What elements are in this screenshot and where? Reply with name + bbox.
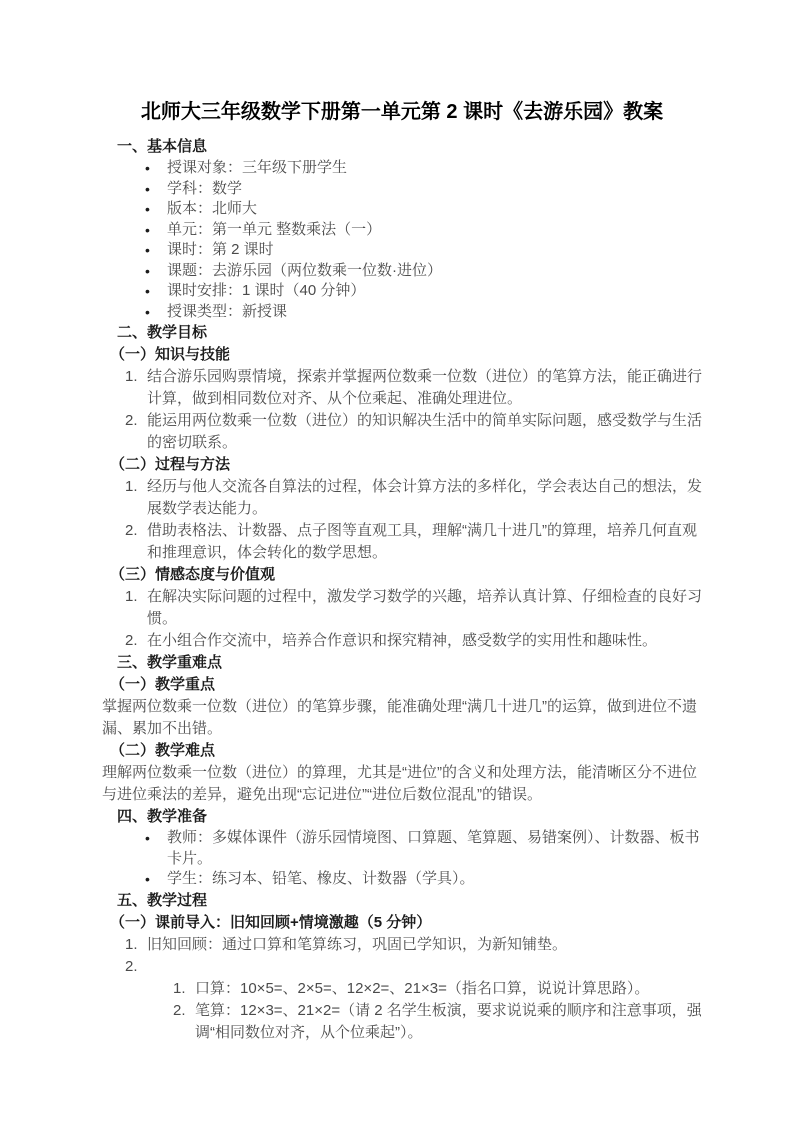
bullet-icon: •: [145, 281, 150, 302]
bullet-item: •课题：去游乐园（两位数乘一位数·进位）: [102, 261, 702, 282]
bullet-item: •学生：练习本、铅笔、橡皮、计数器（学具）。: [102, 869, 702, 890]
bullet-item: •授课对象：三年级下册学生: [102, 158, 702, 179]
numbered-item: 1.经历与他人交流各自算法的过程，体会计算方法的多样化，学会表达自己的想法，发展…: [102, 476, 702, 520]
bullet-item: •课时安排：1 课时（40 分钟）: [102, 281, 702, 302]
bullet-item: •授课类型：新授课: [102, 302, 702, 323]
numbered-item: 2.在小组合作交流中，培养合作意识和探究精神，感受数学的实用性和趣味性。: [102, 630, 702, 652]
sub-heading: （三）情感态度与价值观: [110, 564, 702, 586]
numbered-item: 2.1.口算：10×5=、2×5=、12×2=、21×3=（指名口算，说说计算思…: [102, 956, 702, 1044]
list-item-text: 旧知回顾：通过口算和笔算练习，巩固已学知识，为新知铺垫。: [147, 934, 702, 956]
bullet-icon: •: [145, 199, 150, 220]
bullet-item: •学科：数学: [102, 179, 702, 200]
section-heading: 四、教学准备: [117, 806, 702, 828]
bullet-item: •课时：第 2 课时: [102, 240, 702, 261]
item-number-label: 2.: [125, 630, 138, 652]
section-heading: 二、教学目标: [117, 322, 702, 344]
list: 1.旧知回顾：通过口算和笔算练习，巩固已学知识，为新知铺垫。2.1.口算：10×…: [102, 934, 702, 1044]
list-item-text: 学生：练习本、铅笔、橡皮、计数器（学具）。: [167, 869, 702, 890]
list-item-text: 笔算：12×3=、21×2=（请 2 名学生板演，要求说说乘的顺序和注意事项，强…: [195, 1000, 702, 1044]
list-item-text: 在小组合作交流中，培养合作意识和探究精神，感受数学的实用性和趣味性。: [147, 630, 702, 652]
section-heading: 五、教学过程: [117, 890, 702, 912]
list-item-text: [147, 956, 702, 978]
bullet-icon: •: [145, 869, 150, 890]
item-number-label: 2.: [173, 1000, 186, 1022]
sub-heading: （一）教学重点: [110, 674, 702, 696]
numbered-item: 1.结合游乐园购票情境，探索并掌握两位数乘一位数（进位）的笔算方法，能正确进行计…: [102, 366, 702, 410]
list-item-text: 授课类型：新授课: [167, 302, 702, 323]
document-page: 北师大三年级数学下册第一单元第 2 课时《去游乐园》教案 一、基本信息•授课对象…: [0, 0, 794, 1123]
list-item-text: 课时安排：1 课时（40 分钟）: [167, 281, 702, 302]
list-item-text: 结合游乐园购票情境，探索并掌握两位数乘一位数（进位）的笔算方法，能正确进行计算，…: [147, 366, 702, 410]
list-item-text: 版本：北师大: [167, 199, 702, 220]
sub-heading: （二）过程与方法: [110, 454, 702, 476]
item-number-label: 2.: [125, 956, 138, 978]
item-number-label: 2.: [125, 410, 138, 432]
list: 1.在解决实际问题的过程中，激发学习数学的兴趣，培养认真计算、仔细检查的良好习惯…: [102, 586, 702, 652]
bullet-icon: •: [145, 220, 150, 241]
list: •授课对象：三年级下册学生•学科：数学•版本：北师大•单元：第一单元 整数乘法（…: [102, 158, 702, 322]
section-heading: 三、教学重难点: [117, 652, 702, 674]
item-number-label: 2.: [125, 520, 138, 542]
bullet-item: •教师：多媒体课件（游乐园情境图、口算题、笔算题、易错案例）、计数器、板书卡片。: [102, 828, 702, 869]
list: •教师：多媒体课件（游乐园情境图、口算题、笔算题、易错案例）、计数器、板书卡片。…: [102, 828, 702, 890]
numbered-item: 1.旧知回顾：通过口算和笔算练习，巩固已学知识，为新知铺垫。: [102, 934, 702, 956]
list-item-text: 口算：10×5=、2×5=、12×2=、21×3=（指名口算，说说计算思路）。: [195, 978, 702, 1000]
paragraph: 掌握两位数乘一位数（进位）的笔算步骤，能准确处理“满几十进几”的运算，做到进位不…: [102, 696, 702, 740]
sub-heading: （一）知识与技能: [110, 344, 702, 366]
bullet-icon: •: [145, 261, 150, 282]
item-number-label: 1.: [125, 586, 138, 608]
bullet-item: •版本：北师大: [102, 199, 702, 220]
bullet-icon: •: [145, 240, 150, 261]
item-number-label: 1.: [125, 934, 138, 956]
list: 1.结合游乐园购票情境，探索并掌握两位数乘一位数（进位）的笔算方法，能正确进行计…: [102, 366, 702, 454]
bullet-icon: •: [145, 158, 150, 179]
list-item-text: 能运用两位数乘一位数（进位）的知识解决生活中的简单实际问题，感受数学与生活的密切…: [147, 410, 702, 454]
list-item-text: 单元：第一单元 整数乘法（一）: [167, 220, 702, 241]
numbered-item: 2.借助表格法、计数器、点子图等直观工具，理解“满几十进几”的算理，培养几何直观…: [102, 520, 702, 564]
list-item-text: 课时：第 2 课时: [167, 240, 702, 261]
nested-numbered-list: 1.口算：10×5=、2×5=、12×2=、21×3=（指名口算，说说计算思路）…: [147, 978, 702, 1044]
list-item-text: 经历与他人交流各自算法的过程，体会计算方法的多样化，学会表达自己的想法，发展数学…: [147, 476, 702, 520]
bullet-item: •单元：第一单元 整数乘法（一）: [102, 220, 702, 241]
numbered-item: 1.口算：10×5=、2×5=、12×2=、21×3=（指名口算，说说计算思路）…: [147, 978, 702, 1000]
list-item-text: 借助表格法、计数器、点子图等直观工具，理解“满几十进几”的算理，培养几何直观和推…: [147, 520, 702, 564]
list-item-text: 教师：多媒体课件（游乐园情境图、口算题、笔算题、易错案例）、计数器、板书卡片。: [167, 828, 702, 869]
bullet-icon: •: [145, 179, 150, 200]
numbered-item: 1.在解决实际问题的过程中，激发学习数学的兴趣，培养认真计算、仔细检查的良好习惯…: [102, 586, 702, 630]
bullet-icon: •: [145, 302, 150, 323]
sub-heading: （一）课前导入：旧知回顾+情境激趣（5 分钟）: [110, 912, 702, 934]
item-number-label: 1.: [125, 476, 138, 498]
bullet-icon: •: [145, 828, 150, 849]
document-title: 北师大三年级数学下册第一单元第 2 课时《去游乐园》教案: [102, 99, 702, 126]
list-item-text: 课题：去游乐园（两位数乘一位数·进位）: [167, 261, 702, 282]
list-item-text: 学科：数学: [167, 179, 702, 200]
list-item-text: 在解决实际问题的过程中，激发学习数学的兴趣，培养认真计算、仔细检查的良好习惯。: [147, 586, 702, 630]
list: 1.经历与他人交流各自算法的过程，体会计算方法的多样化，学会表达自己的想法，发展…: [102, 476, 702, 564]
sub-heading: （二）教学难点: [110, 740, 702, 762]
paragraph: 理解两位数乘一位数（进位）的算理，尤其是“进位”的含义和处理方法，能清晰区分不进…: [102, 762, 702, 806]
numbered-item: 2.笔算：12×3=、21×2=（请 2 名学生板演，要求说说乘的顺序和注意事项…: [147, 1000, 702, 1044]
item-number-label: 1.: [173, 978, 186, 1000]
numbered-item: 2.能运用两位数乘一位数（进位）的知识解决生活中的简单实际问题，感受数学与生活的…: [102, 410, 702, 454]
document-body: 一、基本信息•授课对象：三年级下册学生•学科：数学•版本：北师大•单元：第一单元…: [102, 136, 702, 1044]
list-item-text: 授课对象：三年级下册学生: [167, 158, 702, 179]
section-heading: 一、基本信息: [117, 136, 702, 158]
item-number-label: 1.: [125, 366, 138, 388]
